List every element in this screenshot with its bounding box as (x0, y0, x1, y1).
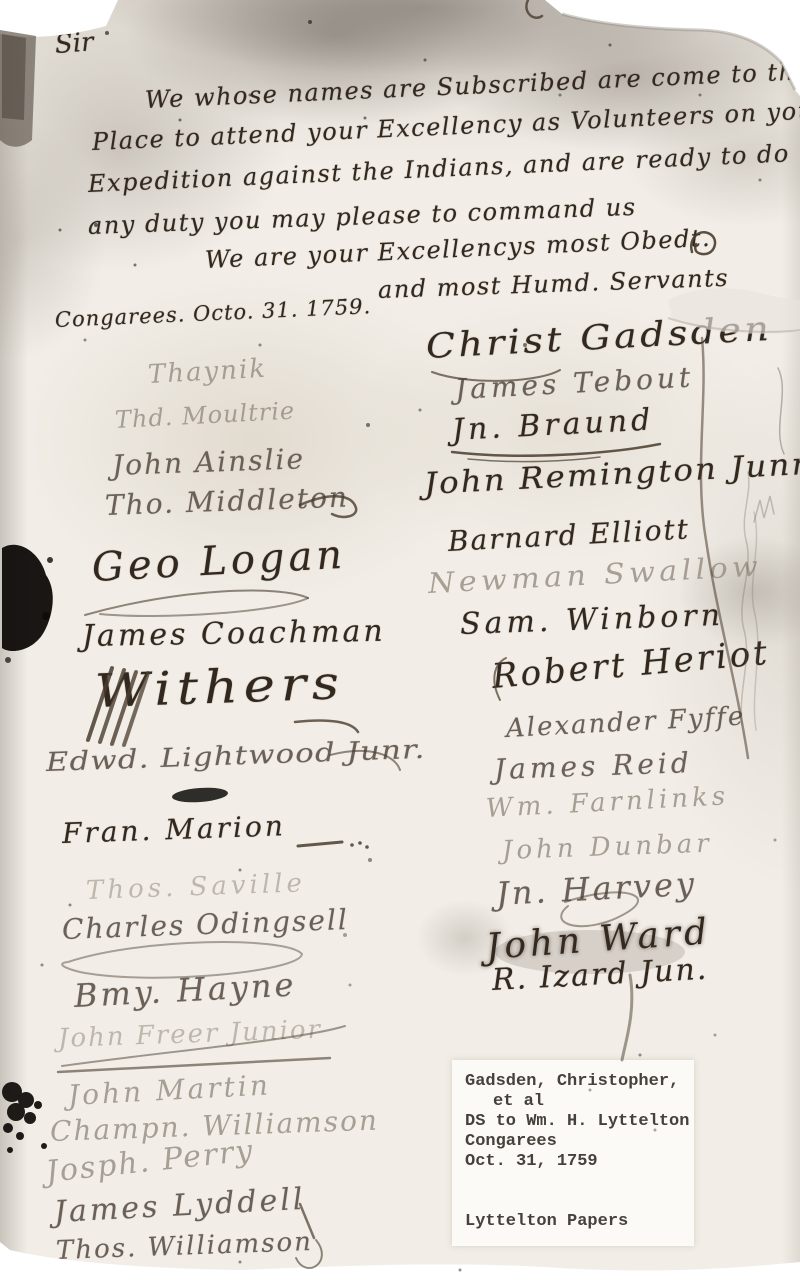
letter-dateline: Congarees. Octo. 31. 1759. (55, 296, 372, 331)
signature-thos-saville: Thos. Saville (86, 870, 307, 904)
label-collection: Lyttelton Papers (465, 1212, 628, 1232)
label-line-4: Congarees (452, 1132, 694, 1152)
signature-james-reid: James Reid (494, 749, 694, 784)
letter-closing-line-2: and most Humd. Servants (378, 266, 730, 302)
signature-robert-heriot: Robert Heriot (491, 636, 772, 694)
signature-jn-braund: Jn. Braund (451, 405, 655, 446)
signature-wm-farnlinks: Wm. Farnlinks (485, 783, 729, 822)
signature-tho-middleton: Tho. Middleton (105, 483, 350, 519)
signature-barnard-elliott: Barnard Elliott (447, 515, 690, 556)
letter-salutation: Sir (54, 29, 94, 58)
label-line-3: DS to Wm. H. Lyttelton (452, 1112, 694, 1132)
signature-withers: Withers (94, 659, 345, 714)
signature-john-remington: John Remington Junr. (423, 449, 800, 500)
signature-james-lyddell: James Lyddell (53, 1185, 306, 1228)
label-line-5: Oct. 31, 1759 (452, 1152, 694, 1172)
signature-sam-winborn: Sam. Winborn (459, 601, 724, 640)
signature-john-freer: John Freer Junior (58, 1017, 323, 1052)
signature-john-dunbar: John Dunbar (502, 831, 714, 864)
signature-r-izard: R. Izard Jun. (491, 955, 709, 996)
docket-scribble (741, 472, 774, 730)
signature-alexander-fyffe: Alexander Fyffe (505, 703, 746, 741)
archival-label-card: Gadsden, Christopher, et al DS to Wm. H.… (452, 1060, 694, 1246)
signature-thd-moultrie: Thd. Moultrie (114, 399, 295, 432)
signature-james-tebout: James Tebout (454, 363, 695, 403)
signature-jn-harvey: Jn. Harvey (495, 867, 698, 909)
manuscript-page: Sir We whose names are Subscribed are co… (0, 0, 800, 1283)
signature-thos-williamson: Thos. Williamson (56, 1229, 314, 1264)
signature-bmy-hayne: Bmy. Hayne (73, 968, 297, 1012)
label-line-2: et al (452, 1092, 694, 1112)
signature-newman-swallow: Newman Swallow (427, 553, 763, 598)
signature-fran-marion: Fran. Marion (62, 812, 287, 848)
signature-christ-gadsden: Christ Gadsden (425, 312, 773, 364)
signature-geo-logan: Geo Logan (91, 535, 347, 588)
signature-james-coachman: James Coachman (82, 617, 386, 652)
signature-thaynik: Thaynik (147, 356, 267, 388)
signature-john-ainslie: John Ainslie (112, 445, 306, 480)
signature-edwd-lightwood: Edwd. Lightwood Junr. (46, 737, 426, 776)
signature-charles-odingsell: Charles Odingsell (62, 906, 350, 944)
signature-john-martin: John Martin (67, 1071, 271, 1110)
label-line-1: Gadsden, Christopher, (452, 1072, 694, 1092)
